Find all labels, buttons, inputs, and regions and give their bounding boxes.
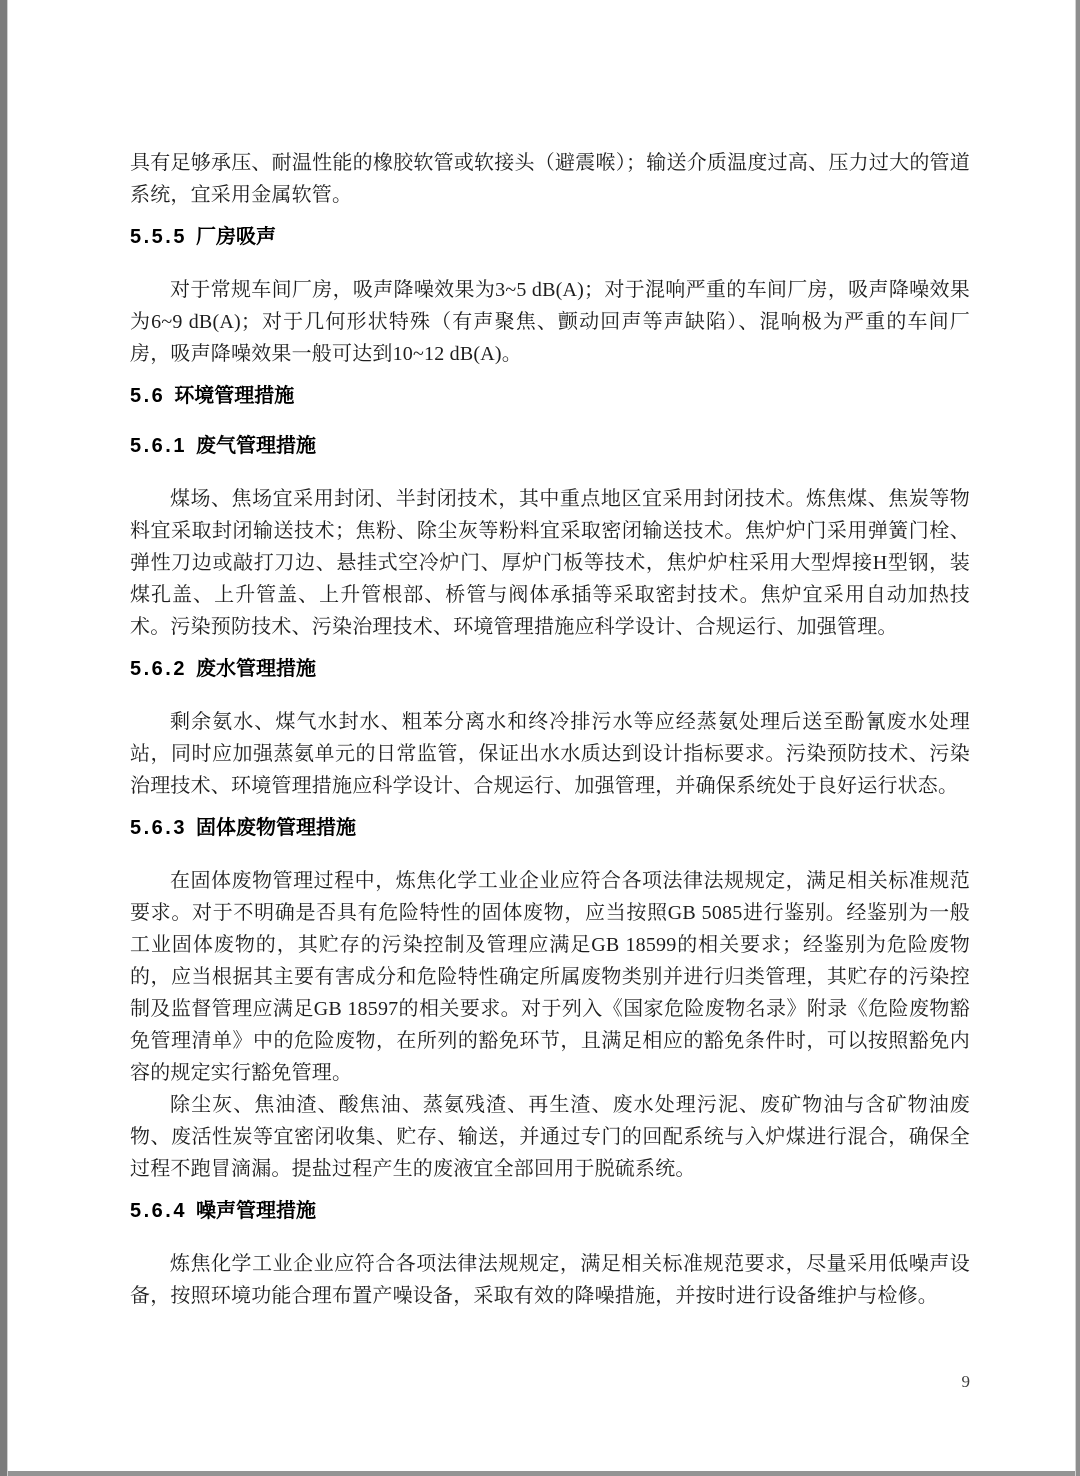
document-section: 5.6.3固体废物管理措施 在固体废物管理过程中，炼焦化学工业企业应符合各项法律… (130, 815, 970, 1185)
continuation-paragraph: 具有足够承压、耐温性能的橡胶软管或软接头（避震喉）；输送介质温度过高、压力过大的… (130, 147, 970, 211)
section-number: 5.6 (130, 385, 165, 407)
document-section: 5.5.5厂房吸声 对于常规车间厂房，吸声降噪效果为3~5 dB(A)；对于混响… (130, 224, 970, 370)
sections-container: 5.5.5厂房吸声 对于常规车间厂房，吸声降噪效果为3~5 dB(A)；对于混响… (130, 224, 970, 1312)
page-number: 9 (130, 1372, 970, 1392)
document-section: 5.6.2废水管理措施 剩余氨水、煤气水封水、粗苯分离水和终冷排污水等应经蒸氨处… (130, 656, 970, 802)
page-left-border (0, 0, 8, 1476)
section-heading: 5.6.4噪声管理措施 (130, 1198, 970, 1224)
section-heading: 5.6环境管理措施 (130, 383, 970, 409)
section-number: 5.6.4 (130, 1200, 187, 1222)
document-page: 具有足够承压、耐温性能的橡胶软管或软接头（避震喉）；输送介质温度过高、压力过大的… (0, 0, 1080, 1476)
section-heading: 5.6.3固体废物管理措施 (130, 815, 970, 841)
paragraph: 剩余氨水、煤气水封水、粗苯分离水和终冷排污水等应经蒸氨处理后送至酚氰废水处理站，… (130, 706, 970, 802)
section-title: 环境管理措施 (174, 385, 294, 407)
page-right-border (1075, 0, 1080, 1476)
section-heading: 5.5.5厂房吸声 (130, 224, 970, 250)
section-title: 废水管理措施 (196, 658, 316, 680)
section-heading: 5.6.2废水管理措施 (130, 656, 970, 682)
paragraph: 除尘灰、焦油渣、酸焦油、蒸氨残渣、再生渣、废水处理污泥、废矿物油与含矿物油废物、… (130, 1089, 970, 1185)
section-title: 废气管理措施 (196, 435, 316, 457)
section-number: 5.6.1 (130, 435, 187, 457)
document-content: 具有足够承压、耐温性能的橡胶软管或软接头（避震喉）；输送介质温度过高、压力过大的… (130, 147, 970, 1312)
paragraph: 对于常规车间厂房，吸声降噪效果为3~5 dB(A)；对于混响严重的车间厂房，吸声… (130, 274, 970, 370)
section-title: 固体废物管理措施 (196, 817, 356, 839)
document-section: 5.6.1废气管理措施 煤场、焦场宜采用封闭、半封闭技术，其中重点地区宜采用封闭… (130, 433, 970, 643)
page-bottom-border (8, 1471, 1075, 1476)
section-heading: 5.6.1废气管理措施 (130, 433, 970, 459)
document-section: 5.6环境管理措施 (130, 383, 970, 409)
section-number: 5.5.5 (130, 226, 187, 248)
section-title: 厂房吸声 (196, 226, 276, 248)
paragraph: 炼焦化学工业企业应符合各项法律法规规定，满足相关标准规范要求，尽量采用低噪声设备… (130, 1248, 970, 1312)
paragraph: 在固体废物管理过程中，炼焦化学工业企业应符合各项法律法规规定，满足相关标准规范要… (130, 865, 970, 1089)
section-number: 5.6.2 (130, 658, 187, 680)
section-number: 5.6.3 (130, 817, 187, 839)
paragraph: 煤场、焦场宜采用封闭、半封闭技术，其中重点地区宜采用封闭技术。炼焦煤、焦炭等物料… (130, 483, 970, 643)
document-section: 5.6.4噪声管理措施 炼焦化学工业企业应符合各项法律法规规定，满足相关标准规范… (130, 1198, 970, 1312)
section-title: 噪声管理措施 (196, 1200, 316, 1222)
